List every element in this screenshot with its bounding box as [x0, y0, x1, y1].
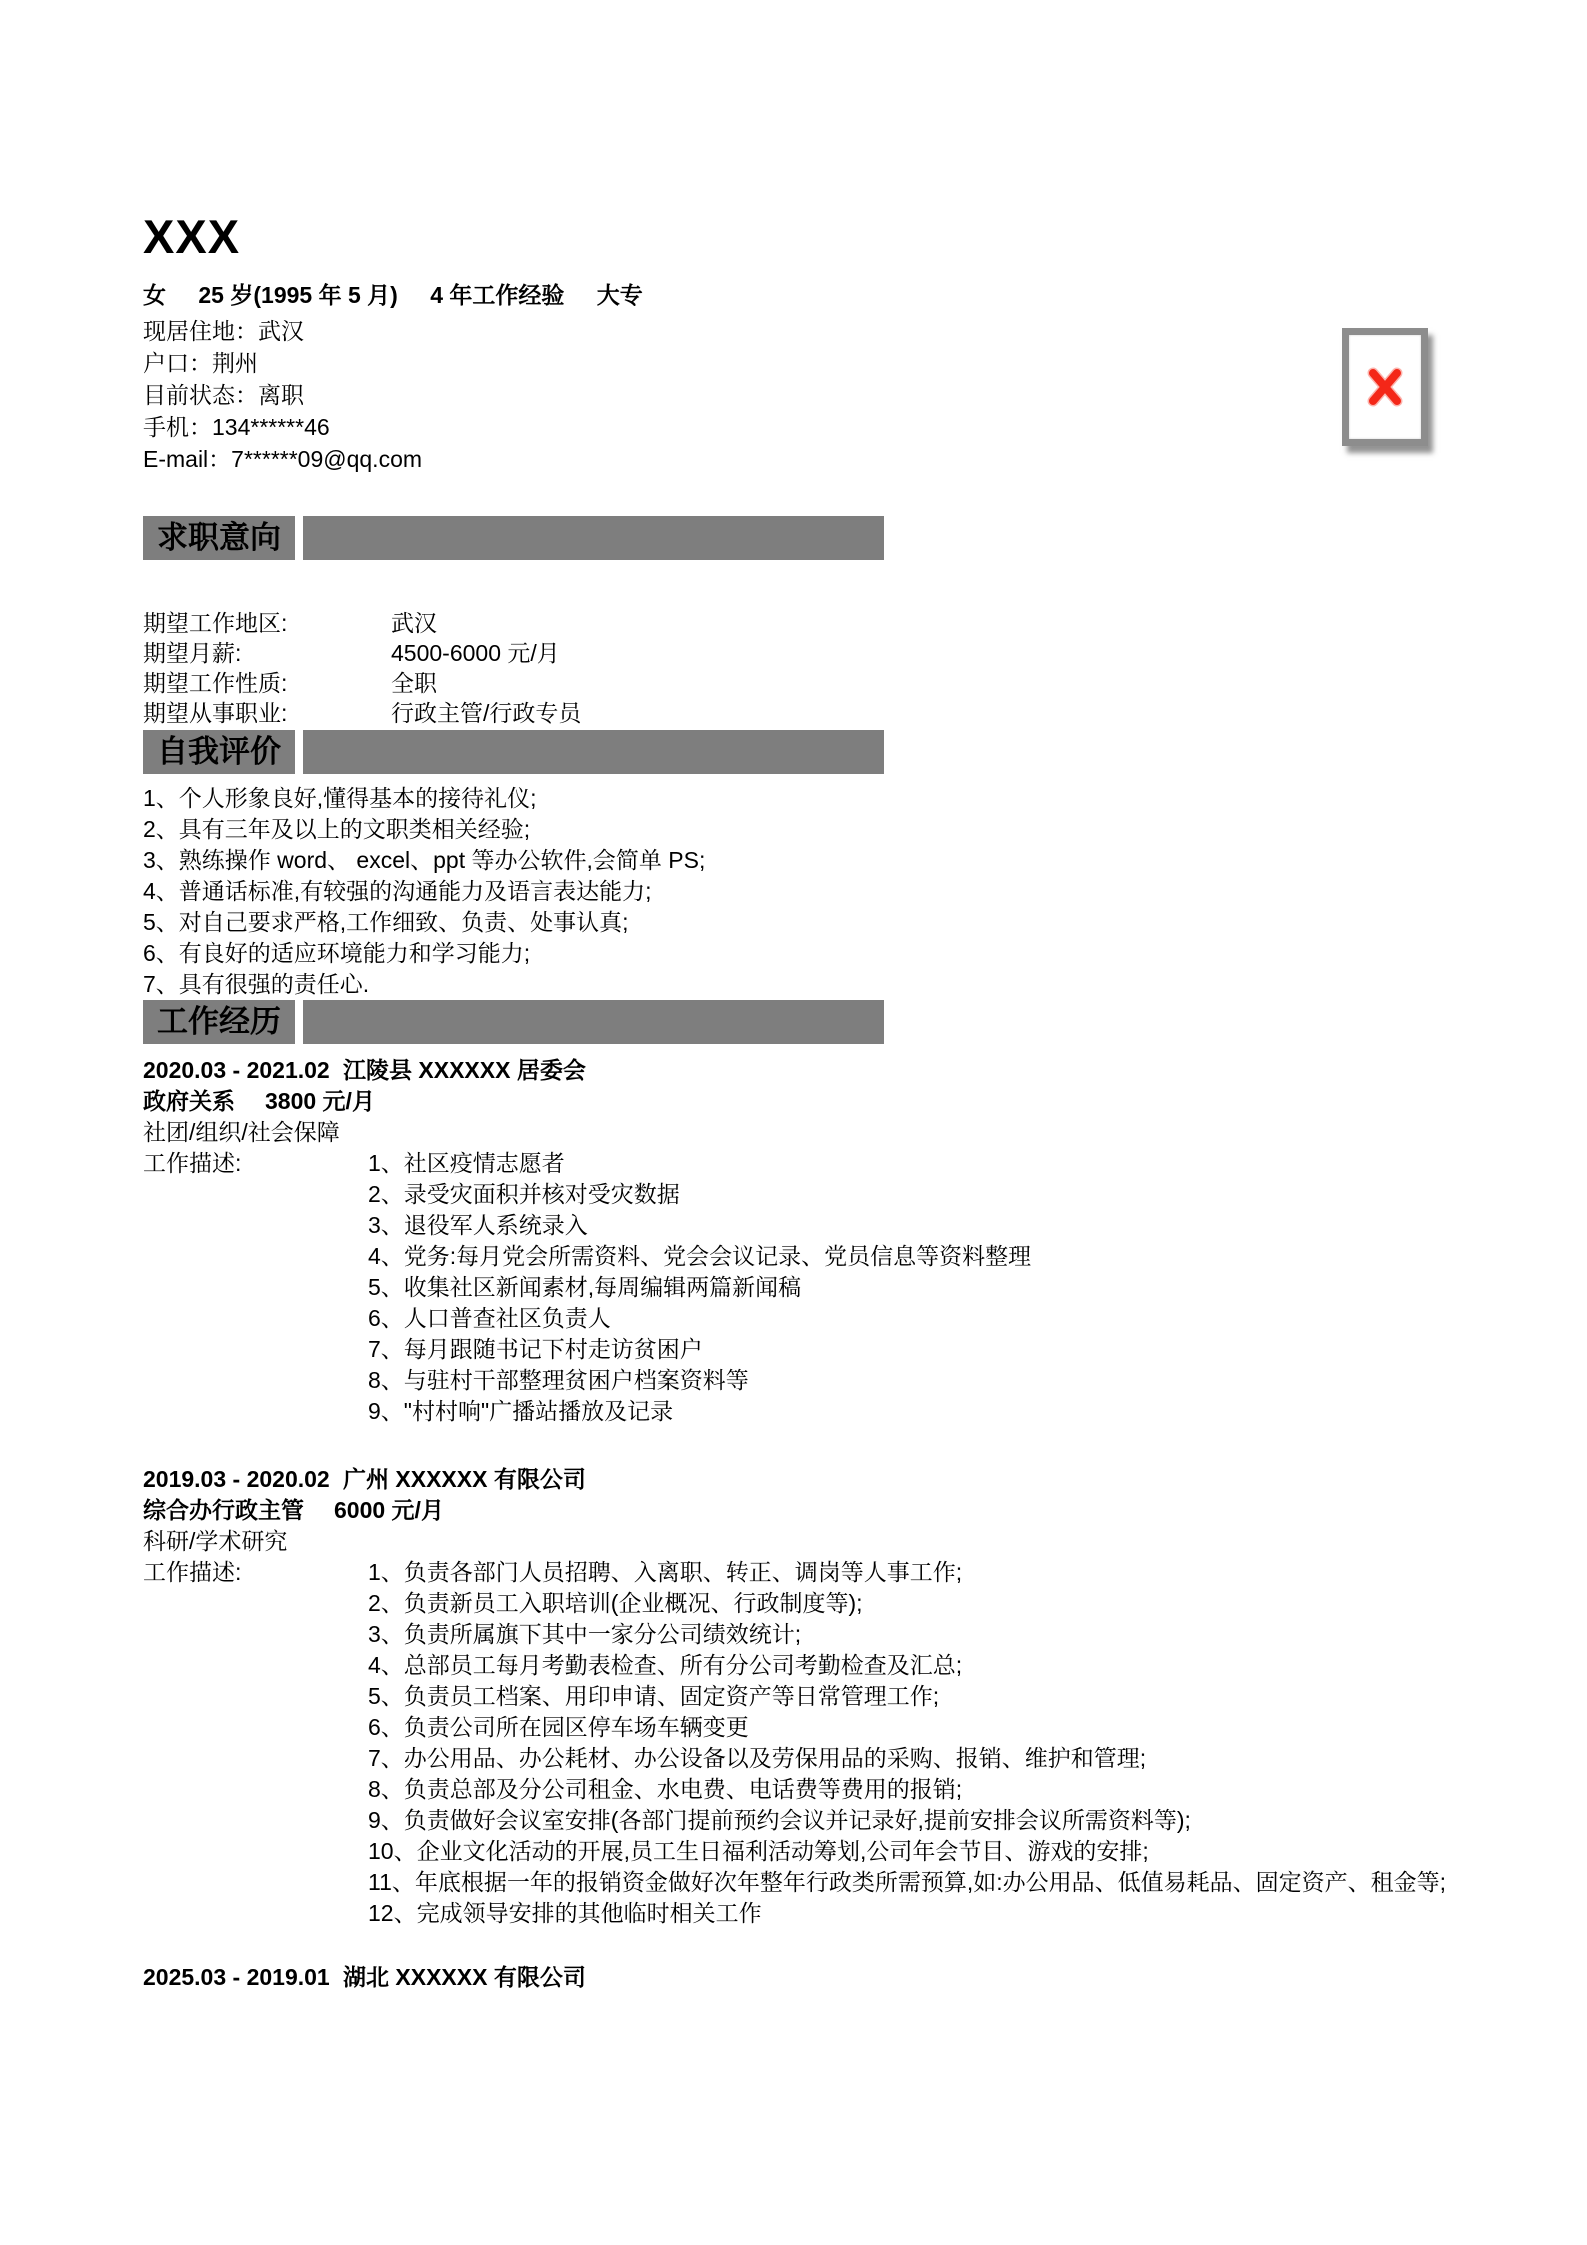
job-company: 广州 XXXXXX 有限公司	[343, 1466, 586, 1492]
intent-row-type: 期望工作性质: 全职	[143, 668, 1503, 698]
candidate-name: XXX	[143, 211, 1503, 263]
candidate-summary: 女 25 岁(1995 年 5 月) 4 年工作经验 大专	[143, 279, 1503, 312]
job-description-list: 1、社区疫情志愿者 2、录受灾面积并核对受灾数据 3、退役军人系统录入 4、党务…	[368, 1148, 1463, 1427]
info-row-status: 目前状态：离职	[143, 379, 1503, 411]
desc-item: 4、总部员工每月考勤表检查、所有分公司考勤检查及汇总;	[368, 1650, 1463, 1681]
job-intent-rows: 期望工作地区: 武汉 期望月薪: 4500-6000 元/月 期望工作性质: 全…	[143, 608, 1503, 728]
desc-item: 8、与驻村干部整理贫困户档案资料等	[368, 1365, 1463, 1396]
job-entry-2: 2019.03 - 2020.02广州 XXXXXX 有限公司 综合办行政主管6…	[143, 1464, 1503, 1929]
job-industry: 社团/组织/社会保障	[143, 1117, 1503, 1148]
info-value: 荆州	[212, 350, 258, 376]
job-position: 政府关系	[143, 1088, 235, 1114]
self-evaluation-list: 1、个人形象良好,懂得基本的接待礼仪; 2、具有三年及以上的文职类相关经验; 3…	[143, 783, 1503, 1000]
section-title: 工作经历	[143, 1000, 295, 1044]
intent-row-occupation: 期望从事职业: 行政主管/行政专员	[143, 698, 1503, 728]
job-header-line: 2025.03 - 2019.01湖北 XXXXXX 有限公司	[143, 1962, 1503, 1993]
section-title: 自我评价	[143, 730, 295, 774]
intent-label: 期望工作地区:	[143, 608, 391, 638]
section-header-work-experience: 工作经历	[143, 1000, 884, 1044]
job-header-line: 2019.03 - 2020.02广州 XXXXXX 有限公司	[143, 1464, 1503, 1495]
job-company: 江陵县 XXXXXX 居委会	[343, 1057, 586, 1083]
intent-label: 期望工作性质:	[143, 668, 391, 698]
eval-item: 1、个人形象良好,懂得基本的接待礼仪;	[143, 783, 1503, 814]
job-industry: 科研/学术研究	[143, 1526, 1503, 1557]
eval-item: 2、具有三年及以上的文职类相关经验;	[143, 814, 1503, 845]
job-description-list: 1、负责各部门人员招聘、入离职、转正、调岗等人事工作; 2、负责新员工入职培训(…	[368, 1557, 1463, 1929]
job-period: 2019.03 - 2020.02	[143, 1464, 343, 1495]
job-salary: 3800 元/月	[265, 1088, 375, 1114]
desc-item: 12、完成领导安排的其他临时相关工作	[368, 1898, 1463, 1929]
info-value: 7******09@qq.com	[231, 446, 422, 472]
job-entry-3: 2025.03 - 2019.01湖北 XXXXXX 有限公司	[143, 1962, 1503, 1993]
desc-item: 6、负责公司所在园区停车场车辆变更	[368, 1712, 1463, 1743]
desc-item: 5、收集社区新闻素材,每周编辑两篇新闻稿	[368, 1272, 1463, 1303]
intent-value: 武汉	[391, 608, 437, 638]
job-period: 2020.03 - 2021.02	[143, 1055, 343, 1086]
document-content: XXX 女 25 岁(1995 年 5 月) 4 年工作经验 大专 现居住地：武…	[143, 0, 1503, 1993]
desc-item: 2、负责新员工入职培训(企业概况、行政制度等);	[368, 1588, 1463, 1619]
job-position-line: 综合办行政主管6000 元/月	[143, 1495, 1503, 1526]
eval-item: 7、具有很强的责任心.	[143, 969, 1503, 1000]
desc-item: 6、人口普查社区负责人	[368, 1303, 1463, 1334]
eval-item: 6、有良好的适应环境能力和学习能力;	[143, 938, 1503, 969]
section-header-bar	[303, 1000, 884, 1044]
summary-age: 25 岁(1995 年 5 月)	[198, 282, 397, 308]
summary-gender: 女	[143, 282, 166, 308]
desc-item: 7、办公用品、办公耗材、办公设备以及劳保用品的采购、报销、维护和管理;	[368, 1743, 1463, 1774]
eval-item: 5、对自己要求严格,工作细致、负责、处事认真;	[143, 907, 1503, 938]
desc-item: 3、退役军人系统录入	[368, 1210, 1463, 1241]
info-label: 现居住地：	[143, 318, 258, 344]
intent-label: 期望从事职业:	[143, 698, 391, 728]
intent-value: 全职	[391, 668, 437, 698]
desc-item: 10、企业文化活动的开展,员工生日福利活动筹划,公司年会节目、游戏的安排;	[368, 1836, 1463, 1867]
job-entry-1: 2020.03 - 2021.02江陵县 XXXXXX 居委会 政府关系3800…	[143, 1055, 1503, 1427]
job-header-line: 2020.03 - 2021.02江陵县 XXXXXX 居委会	[143, 1055, 1503, 1086]
job-description-label: 工作描述:	[143, 1557, 368, 1588]
eval-item: 3、熟练操作 word、 excel、ppt 等办公软件,会简单 PS;	[143, 845, 1503, 876]
info-label: 目前状态：	[143, 382, 258, 408]
info-value: 134******46	[212, 414, 330, 440]
info-value: 离职	[258, 382, 304, 408]
desc-item: 1、社区疫情志愿者	[368, 1148, 1463, 1179]
info-label: E-mail：	[143, 446, 231, 472]
job-position: 综合办行政主管	[143, 1497, 304, 1523]
desc-item: 7、每月跟随书记下村走访贫困户	[368, 1334, 1463, 1365]
resume-page: XXX 女 25 岁(1995 年 5 月) 4 年工作经验 大专 现居住地：武…	[0, 0, 1587, 2245]
job-position-line: 政府关系3800 元/月	[143, 1086, 1503, 1117]
desc-item: 3、负责所属旗下其中一家分公司绩效统计;	[368, 1619, 1463, 1650]
job-description: 工作描述: 1、负责各部门人员招聘、入离职、转正、调岗等人事工作; 2、负责新员…	[143, 1557, 1503, 1929]
desc-item: 1、负责各部门人员招聘、入离职、转正、调岗等人事工作;	[368, 1557, 1463, 1588]
job-company: 湖北 XXXXXX 有限公司	[343, 1964, 586, 1990]
section-header-bar	[303, 730, 884, 774]
section-header-bar	[303, 516, 884, 560]
section-header-job-intent: 求职意向	[143, 516, 884, 560]
info-value: 武汉	[258, 318, 304, 344]
info-row-hukou: 户口：荆州	[143, 347, 1503, 379]
section-title: 求职意向	[143, 516, 295, 560]
desc-item: 9、负责做好会议室安排(各部门提前预约会议并记录好,提前安排会议所需资料等);	[368, 1805, 1463, 1836]
intent-row-salary: 期望月薪: 4500-6000 元/月	[143, 638, 1503, 668]
desc-item: 4、党务:每月党会所需资料、党会会议记录、党员信息等资料整理	[368, 1241, 1463, 1272]
desc-item: 11、年底根据一年的报销资金做好次年整年行政类所需预算,如:办公用品、低值易耗品…	[368, 1867, 1463, 1898]
desc-item: 8、负责总部及分公司租金、水电费、电话费等费用的报销;	[368, 1774, 1463, 1805]
contact-info: 现居住地：武汉 户口：荆州 目前状态：离职 手机：134******46 E-m…	[143, 315, 1503, 475]
info-label: 手机：	[143, 414, 212, 440]
info-row-email: E-mail：7******09@qq.com	[143, 443, 1503, 475]
summary-education: 大专	[597, 282, 643, 308]
intent-value: 行政主管/行政专员	[391, 698, 581, 728]
info-row-residence: 现居住地：武汉	[143, 315, 1503, 347]
section-header-self-evaluation: 自我评价	[143, 730, 884, 774]
intent-label: 期望月薪:	[143, 638, 391, 668]
intent-row-location: 期望工作地区: 武汉	[143, 608, 1503, 638]
job-salary: 6000 元/月	[334, 1497, 444, 1523]
info-label: 户口：	[143, 350, 212, 376]
info-row-phone: 手机：134******46	[143, 411, 1503, 443]
desc-item: 2、录受灾面积并核对受灾数据	[368, 1179, 1463, 1210]
desc-item: 9、"村村响"广播站播放及记录	[368, 1396, 1463, 1427]
job-description-label: 工作描述:	[143, 1148, 368, 1179]
eval-item: 4、普通话标准,有较强的沟通能力及语言表达能力;	[143, 876, 1503, 907]
job-period: 2025.03 - 2019.01	[143, 1962, 343, 1993]
desc-item: 5、负责员工档案、用印申请、固定资产等日常管理工作;	[368, 1681, 1463, 1712]
intent-value: 4500-6000 元/月	[391, 638, 560, 668]
summary-experience: 4 年工作经验	[430, 282, 564, 308]
job-description: 工作描述: 1、社区疫情志愿者 2、录受灾面积并核对受灾数据 3、退役军人系统录…	[143, 1148, 1503, 1427]
